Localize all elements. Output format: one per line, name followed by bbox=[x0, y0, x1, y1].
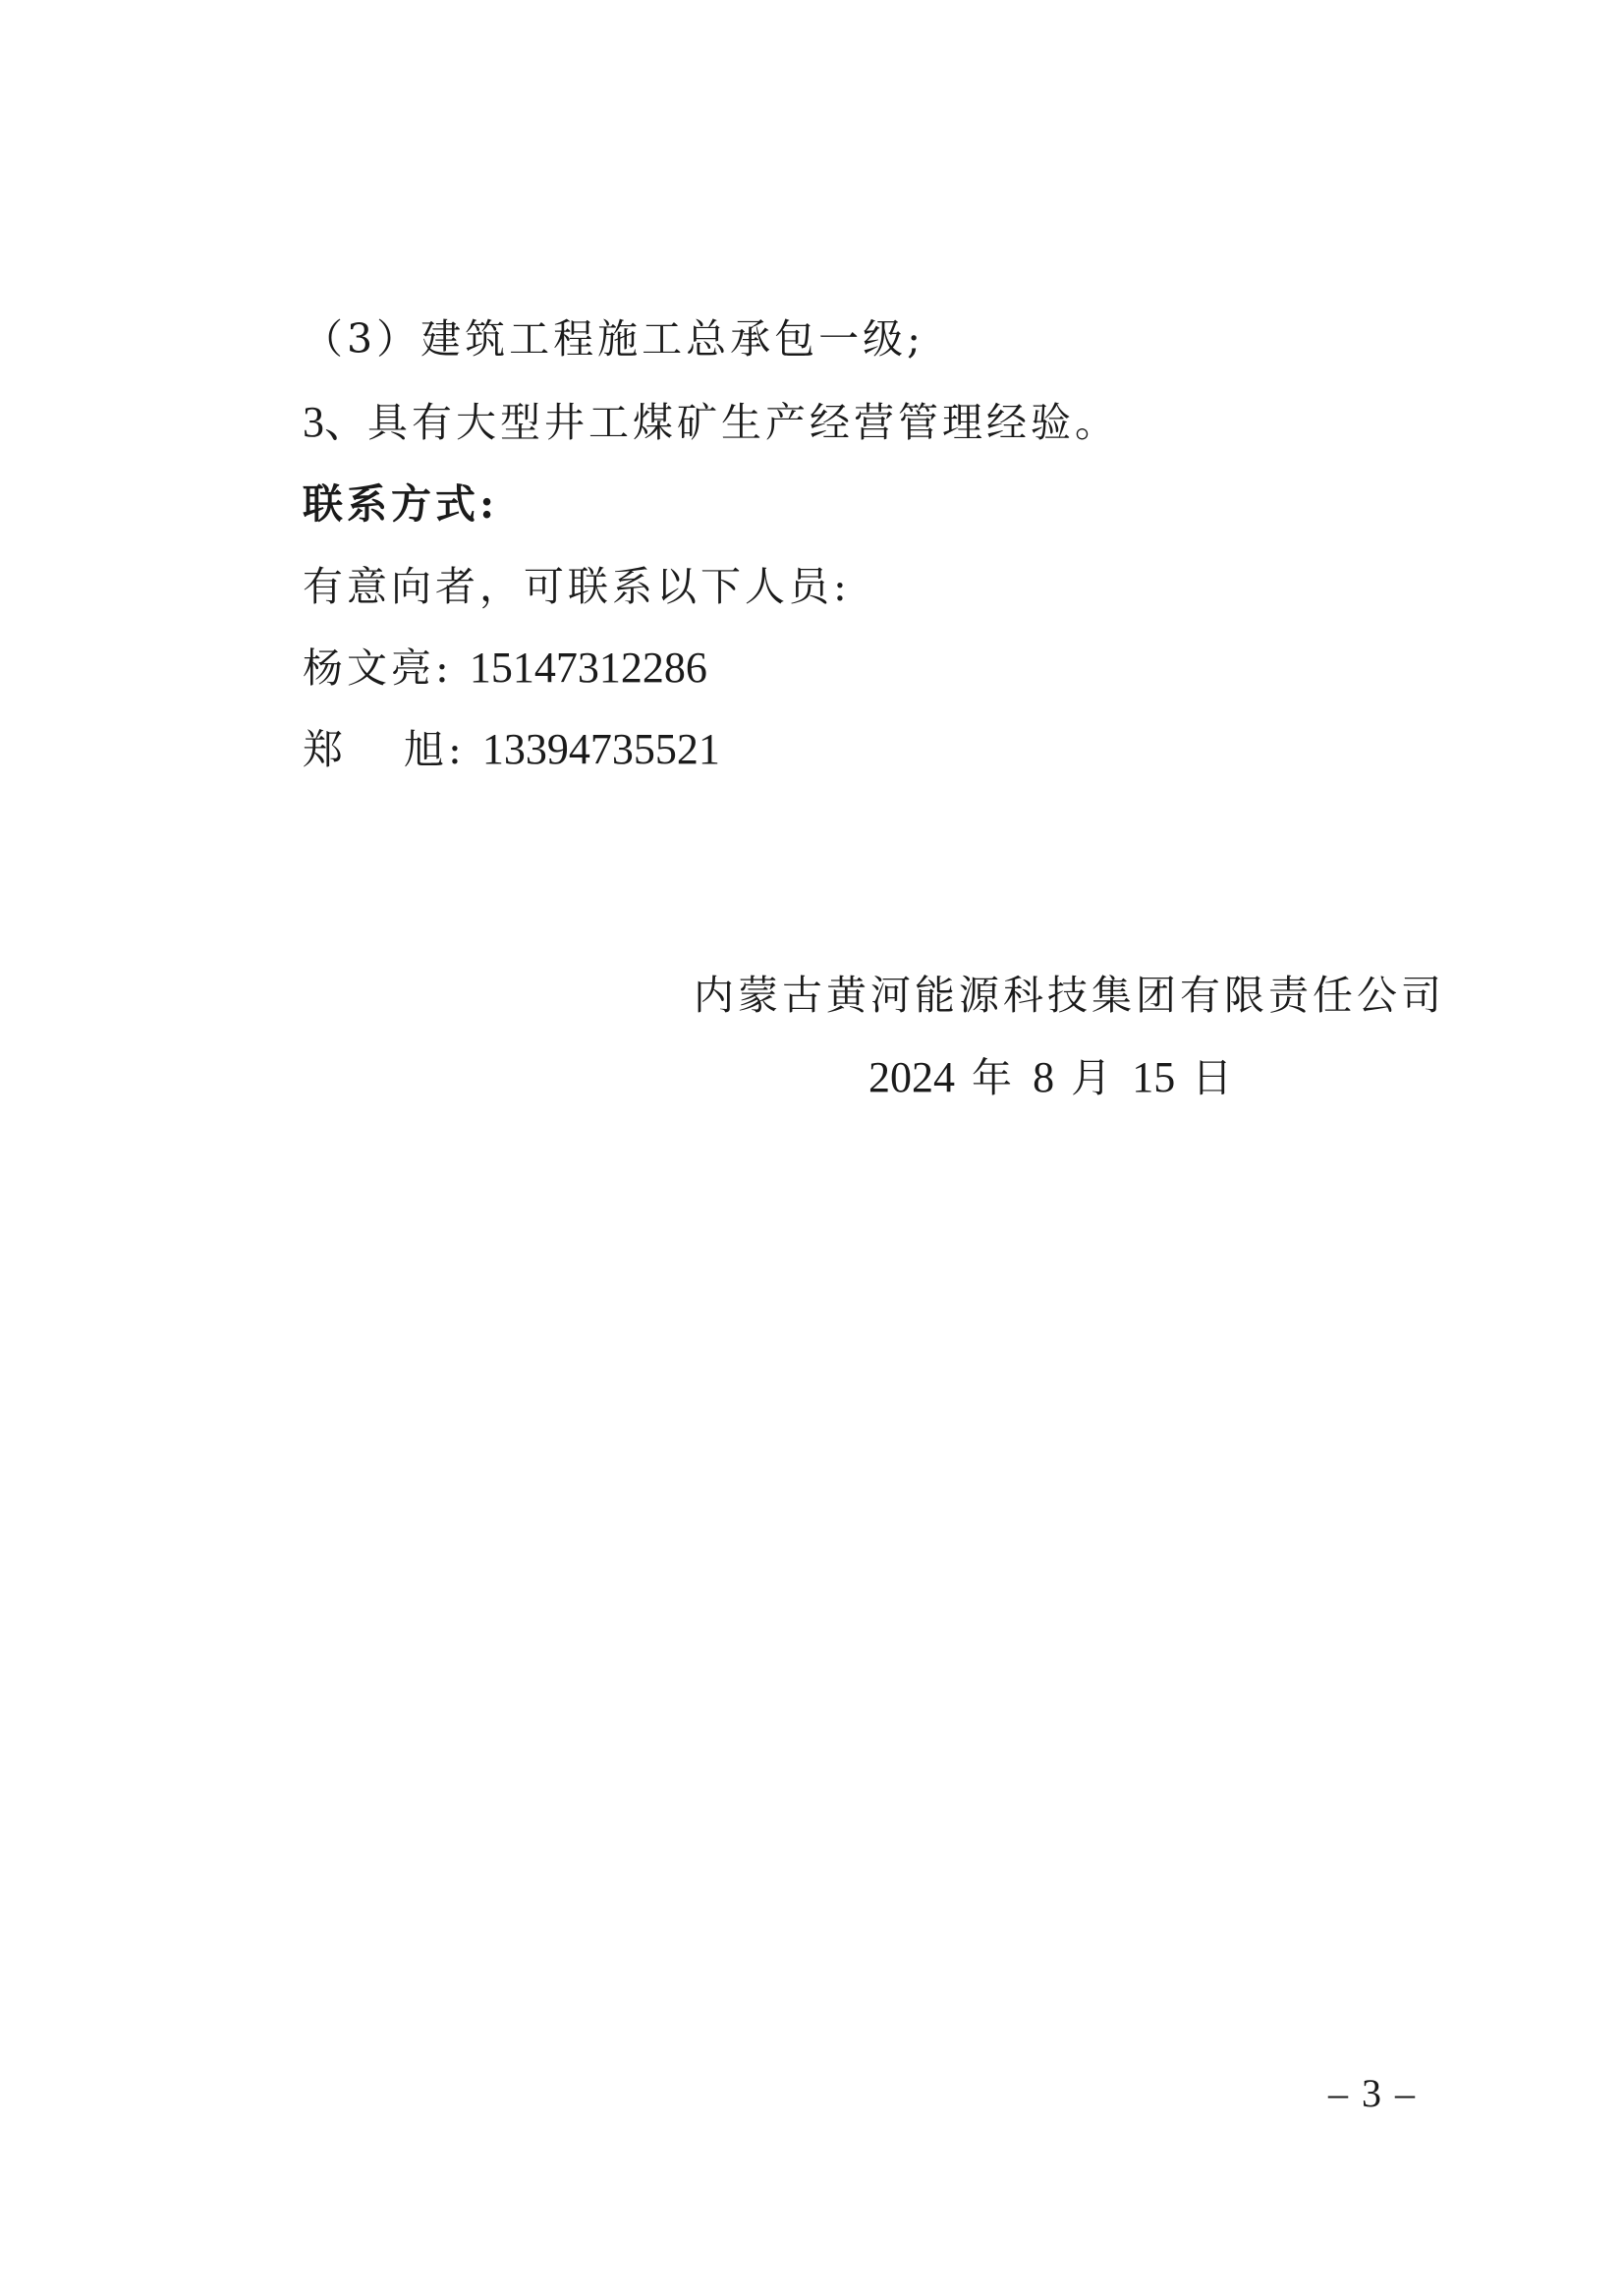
date-day-unit: 日 bbox=[1192, 1054, 1236, 1101]
page-number: –3– bbox=[1315, 2069, 1428, 2118]
contact-person-row: 郑旭: 13394735521 bbox=[303, 725, 720, 774]
contact-phone: 15147312286 bbox=[470, 644, 707, 692]
signature-date: 2024 年 8 月 15 日 bbox=[868, 1053, 1236, 1102]
date-year: 2024 bbox=[868, 1053, 955, 1101]
signature-organization: 内蒙古黄河能源科技集团有限责任公司 bbox=[694, 971, 1445, 1020]
requirement-prefix: 3、 bbox=[303, 398, 367, 446]
document-page: （3）建筑工程施工总承包一级; 3、具有大型井工煤矿生产经营管理经验。 联系方式… bbox=[0, 0, 1623, 2296]
contact-name: 杨文亮 bbox=[303, 644, 435, 692]
date-month: 8 bbox=[1033, 1053, 1054, 1101]
requirement-text: （3）建筑工程施工总承包一级; bbox=[303, 315, 924, 363]
contact-phone: 13394735521 bbox=[482, 725, 720, 773]
contact-name-part1: 郑 bbox=[303, 726, 347, 773]
requirement-item-3-sub: （3）建筑工程施工总承包一级; bbox=[303, 314, 924, 364]
requirement-item-3: 3、具有大型井工煤矿生产经营管理经验。 bbox=[303, 398, 1119, 447]
contact-name-part2: 旭 bbox=[404, 726, 448, 773]
organization-name: 内蒙古黄河能源科技集团有限责任公司 bbox=[694, 972, 1445, 1019]
contact-intro-text: 有意向者，可联系以下人员: bbox=[303, 563, 851, 610]
contact-person-row: 杨文亮: 15147312286 bbox=[303, 644, 707, 693]
date-day: 15 bbox=[1132, 1053, 1175, 1101]
requirement-text: 具有大型井工煤矿生产经营管理经验。 bbox=[367, 399, 1119, 446]
page-number-value: 3 bbox=[1362, 2071, 1381, 2115]
contact-intro: 有意向者，可联系以下人员: bbox=[303, 562, 851, 611]
contact-separator: : bbox=[435, 644, 453, 692]
date-month-unit: 月 bbox=[1071, 1054, 1115, 1101]
contact-heading: 联系方式: bbox=[303, 479, 498, 529]
contact-heading-text: 联系方式: bbox=[303, 480, 498, 528]
date-year-unit: 年 bbox=[972, 1054, 1016, 1101]
page-number-dash-right: – bbox=[1395, 2069, 1415, 2118]
contact-separator: : bbox=[448, 726, 466, 773]
page-number-dash-left: – bbox=[1328, 2069, 1348, 2118]
